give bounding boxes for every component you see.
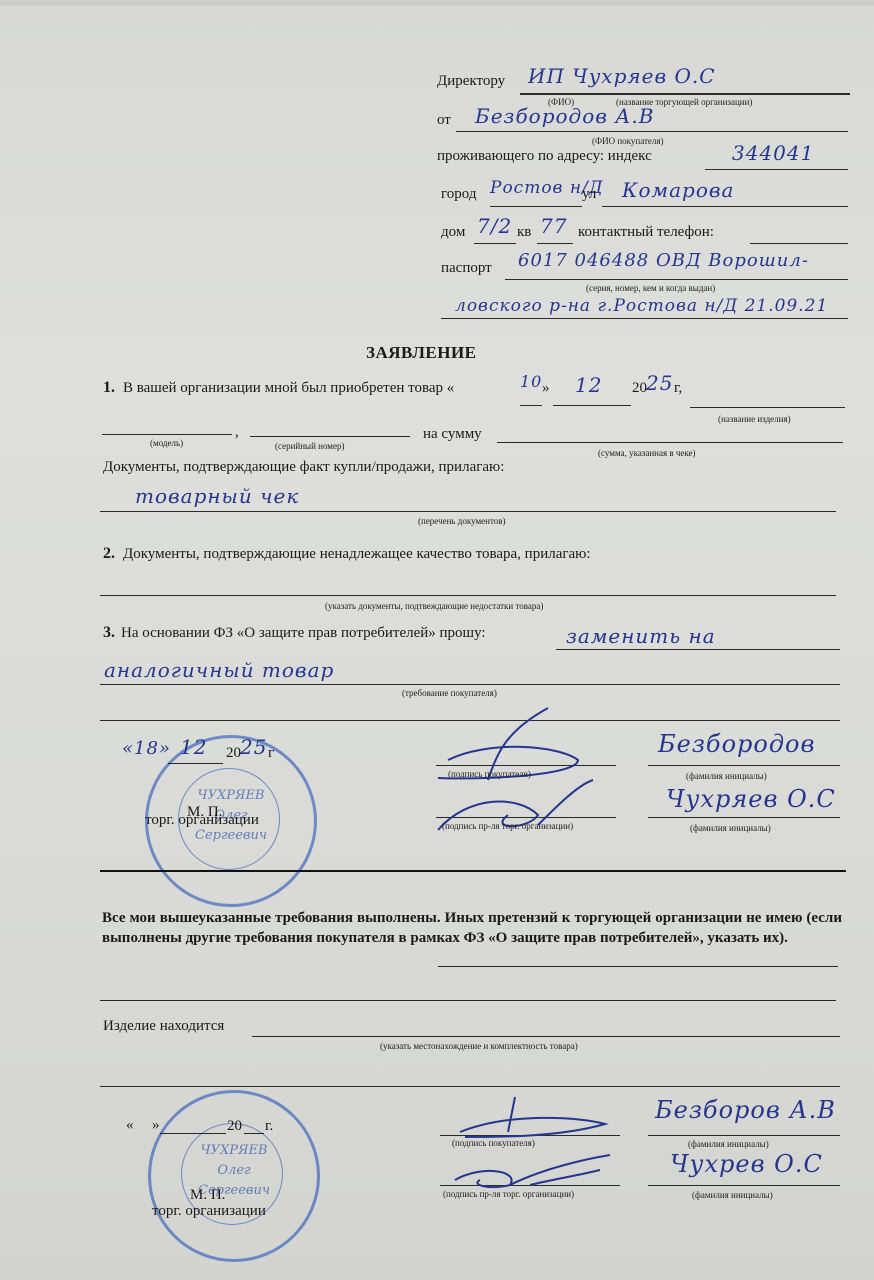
section-1-text: В вашей организации мной был приобретен … <box>123 380 454 397</box>
purchase-month[interactable]: 12 <box>575 373 602 397</box>
model-line[interactable] <box>102 434 232 435</box>
sign2-fio1-line <box>648 1135 840 1136</box>
section-divider <box>100 870 846 872</box>
apt-line <box>537 243 573 244</box>
sign2-seller-sign-caption: (подпись пр-ля торг. организации) <box>443 1189 574 1199</box>
section-3-line-2 <box>100 684 840 685</box>
sign2-month-line[interactable] <box>160 1133 226 1134</box>
section-2-number: 2. <box>103 545 115 563</box>
street-label: ул <box>582 186 596 203</box>
sign2-date-suffix: г. <box>265 1118 273 1135</box>
seller-signature-2 <box>440 1150 620 1220</box>
section-3-value-line2[interactable]: аналогичный товар <box>104 658 334 682</box>
section-1-number: 1. <box>103 379 115 397</box>
index-line <box>705 169 848 170</box>
document-title: ЗАЯВЛЕНИЕ <box>366 343 477 363</box>
docs-line <box>100 511 836 512</box>
sign2-year-prefix: 20 <box>227 1118 242 1135</box>
sign1-fio1-caption: (фамилия инициалы) <box>686 771 767 781</box>
model-caption: (модель) <box>150 438 183 448</box>
passport-line-1 <box>505 279 848 280</box>
director-label: Директору <box>437 73 505 90</box>
passport-line-2 <box>441 318 848 319</box>
sign2-seller-name[interactable]: Чухрев О.С <box>670 1150 823 1178</box>
stamp-1-surname: ЧУХРЯЕВ <box>148 788 314 803</box>
sign2-date-close: » <box>152 1117 160 1134</box>
sign2-mp: М. П. <box>190 1187 225 1204</box>
sum-label: на сумму <box>423 426 482 443</box>
closing-line-1[interactable] <box>438 966 838 967</box>
model-comma: , <box>235 424 239 441</box>
section-2-text: Документы, подтверждающие ненадлежащее к… <box>123 546 591 563</box>
apt-value[interactable]: 77 <box>540 214 567 238</box>
sign1-fio1-line <box>648 765 840 766</box>
purchase-day[interactable]: 10 <box>520 372 542 391</box>
house-line <box>474 243 516 244</box>
location-line-2[interactable] <box>100 1086 840 1087</box>
product-name-caption: (название изделия) <box>718 414 791 424</box>
section-2-line[interactable] <box>100 595 836 596</box>
purchase-year-prefix: 20 <box>632 380 647 397</box>
location-line[interactable] <box>252 1036 840 1037</box>
stamp-2: ЧУХРЯЕВ Олег Сергеевич <box>148 1090 320 1262</box>
sign2-date-open: « <box>126 1117 134 1134</box>
section-3-caption: (требование покупателя) <box>402 688 497 698</box>
street-line <box>602 206 848 207</box>
sign2-org: торг. организации <box>152 1203 266 1220</box>
from-value[interactable]: Безбородов А.В <box>475 104 654 128</box>
sign1-seller-name[interactable]: Чухряев О.С <box>666 785 836 813</box>
sign1-month-line <box>168 763 223 764</box>
seller-signature-1 <box>428 775 608 850</box>
passport-value-line2[interactable]: ловского р-на г.Ростова н/Д 21.09.21 <box>455 296 828 316</box>
phone-line[interactable] <box>750 243 848 244</box>
sum-line[interactable] <box>497 442 843 443</box>
docs-value[interactable]: товарный чек <box>135 484 299 508</box>
purchase-day-line <box>520 405 542 406</box>
house-value[interactable]: 7/2 <box>477 214 512 238</box>
sign1-fio2-caption: (фамилия инициалы) <box>690 823 771 833</box>
from-line <box>456 131 848 132</box>
apt-label: кв <box>517 224 531 241</box>
sign1-fio2-line <box>648 817 840 818</box>
index-value[interactable]: 344041 <box>732 141 814 165</box>
sign2-fio2-line <box>648 1185 840 1186</box>
section-3-value-line1[interactable]: заменить на <box>566 624 716 648</box>
stamp-2-patronymic: Сергеевич <box>151 1183 317 1198</box>
passport-value-line1[interactable]: 6017 046488 ОВД Ворошил- <box>518 250 809 271</box>
stamp-2-name: Олег <box>151 1163 317 1178</box>
sign1-org: торг. организации <box>145 812 259 829</box>
stamp-1-patronymic: Сергеевич <box>148 828 314 843</box>
director-line <box>520 93 850 95</box>
section-3-line-1 <box>556 649 840 650</box>
from-caption: (ФИО покупателя) <box>592 136 664 146</box>
sign1-date-month[interactable]: 12 <box>180 735 207 759</box>
closing-statement: Все мои вышеуказанные требования выполне… <box>102 908 842 948</box>
sign1-year[interactable]: 25 <box>240 735 267 759</box>
closing-line-2[interactable] <box>100 1000 836 1001</box>
purchase-year[interactable]: 25 <box>646 371 673 395</box>
sign1-date-day[interactable]: «18» <box>122 738 171 759</box>
section-3-number: 3. <box>103 624 115 642</box>
docs-caption: (перечень документов) <box>418 516 506 526</box>
from-label: от <box>437 112 451 129</box>
sum-caption: (сумма, указанная в чеке) <box>598 448 696 458</box>
location-caption: (указать местонахождение и комплектность… <box>380 1041 578 1051</box>
street-value[interactable]: Комарова <box>622 178 734 202</box>
director-value[interactable]: ИП Чухряев О.С <box>528 64 716 88</box>
sign2-fio2-caption: (фамилия инициалы) <box>692 1190 773 1200</box>
stamp-2-surname: ЧУХРЯЕВ <box>151 1143 317 1158</box>
sign1-date-suffix: г <box>268 745 274 762</box>
sign1-seller-sign-caption: (подпись пр-ля торг. организации) <box>442 821 573 831</box>
product-name-line[interactable] <box>690 407 845 408</box>
sign2-year-line[interactable] <box>244 1133 264 1134</box>
section-3-text: На основании ФЗ «О защите прав потребите… <box>121 625 486 642</box>
phone-label: контактный телефон: <box>578 224 714 241</box>
city-label: город <box>441 186 476 203</box>
serial-line[interactable] <box>250 436 410 437</box>
sign2-buyer-name[interactable]: Безборов А.В <box>655 1096 836 1124</box>
house-label: дом <box>441 224 465 241</box>
address-label: проживающего по адресу: индекс <box>437 148 652 165</box>
docs-label: Документы, подтверждающие факт купли/про… <box>103 459 504 476</box>
sign1-year-prefix: 20 <box>226 745 241 762</box>
passport-caption: (серия, номер, кем и когда выдан) <box>586 283 715 293</box>
sign1-buyer-name[interactable]: Безбородов <box>658 730 815 758</box>
purchase-year-suffix: г, <box>674 380 682 397</box>
sign2-buyer-sign-caption: (подпись покупателя) <box>452 1138 535 1148</box>
page-top-edge <box>0 0 874 6</box>
location-label: Изделие находится <box>103 1018 224 1035</box>
purchase-quote-close: » <box>542 380 550 397</box>
purchase-month-line <box>553 405 631 406</box>
section-2-caption: (указать документы, подтвеждающие недост… <box>325 601 543 611</box>
serial-caption: (серийный номер) <box>275 441 345 451</box>
passport-label: паспорт <box>441 260 492 277</box>
sign2-fio1-caption: (фамилия инициалы) <box>688 1139 769 1149</box>
city-line <box>490 206 582 207</box>
